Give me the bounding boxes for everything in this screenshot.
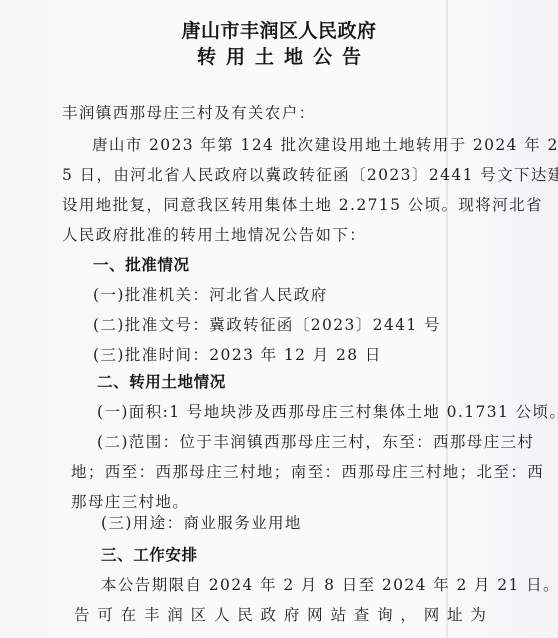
work-line-1: 本公告期限自 2024 年 2 月 8 日至 2024 年 2 月 21 日。本… <box>101 573 558 595</box>
land-scope-line-2: 地；西至：西那母庄三村地；南至：西那母庄三村地；北至：西 <box>71 460 544 482</box>
intro-line-3: 设用地批复，同意我区转用集体土地 2.2715 公顷。现将河北省 <box>62 193 543 215</box>
work-line-2: 告 可 在 丰 润 区 人 民 政 府 网 站 查 询 ， 网 址 为 <box>74 603 486 625</box>
char: 民 <box>237 603 253 625</box>
intro-line-2: 5 日，由河北省人民政府以冀政转征函〔2023〕2441 号文下达建 <box>62 163 558 185</box>
char: ， <box>400 603 416 625</box>
section-heading-land: 二、转用土地情况 <box>97 370 226 392</box>
char: 人 <box>214 603 230 625</box>
char: 址 <box>447 603 463 625</box>
intro-line-4: 人民政府批准的转用土地情况公告如下： <box>62 223 366 245</box>
section-heading-approval: 一、批准情况 <box>93 253 190 275</box>
land-usage: (三)用途：商业服务业用地 <box>101 511 302 533</box>
addressee: 丰润镇西那母庄三村及有关农户： <box>62 101 316 123</box>
char: 润 <box>167 603 183 625</box>
page-fold-line <box>446 0 448 638</box>
char: 为 <box>470 603 486 625</box>
char: 网 <box>424 603 440 625</box>
char: 站 <box>330 603 346 625</box>
char: 询 <box>377 603 393 625</box>
char: 丰 <box>144 603 160 625</box>
document-page: 唐山市丰润区人民政府 转用土地公告 丰润镇西那母庄三村及有关农户： 唐山市 20… <box>0 0 558 638</box>
land-scope-line-3: 那母庄三村地。 <box>71 490 189 512</box>
char: 在 <box>121 603 137 625</box>
char: 区 <box>191 603 207 625</box>
char: 府 <box>284 603 300 625</box>
char: 可 <box>97 603 113 625</box>
land-scope-line-1: (二)范围：位于丰润镇西那母庄三村，东至：西那母庄三村 <box>97 430 534 452</box>
char: 政 <box>261 603 277 625</box>
document-subtitle: 转用土地公告 <box>0 42 558 69</box>
section-heading-work: 三、工作安排 <box>101 543 198 565</box>
char: 网 <box>307 603 323 625</box>
char: 告 <box>74 603 90 625</box>
approval-authority: (一)批准机关：河北省人民政府 <box>93 283 328 305</box>
approval-date: (三)批准时间：2023 年 12 月 28 日 <box>93 343 382 365</box>
approval-doc-number: (二)批准文号：冀政转征函〔2023〕2441 号 <box>93 313 441 335</box>
intro-line-1: 唐山市 2023 年第 124 批次建设用地土地转用于 2024 年 2 月 <box>92 133 558 155</box>
char: 查 <box>354 603 370 625</box>
land-area: (一)面积:1 号地块涉及西那母庄三村集体土地 0.1731 公顷。 <box>97 400 558 422</box>
document-title: 唐山市丰润区人民政府 <box>0 16 558 43</box>
